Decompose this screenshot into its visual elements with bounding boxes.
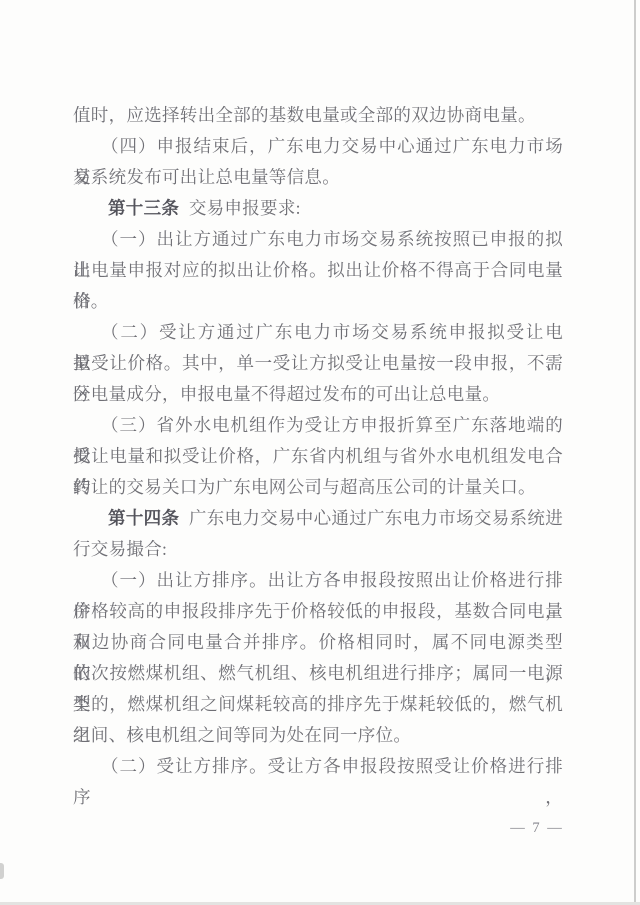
document-page: 值时，应选择转出全部的基数电量或全部的双边协商电量。 （四）申报结束后，广东电力… bbox=[0, 0, 640, 905]
article-heading: 第十四条广东电力交易中心通过广东电力市场交易系统进 bbox=[73, 503, 563, 534]
text-line: （三）省外水电机组作为受让方申报折算至广东落地端的拟 bbox=[73, 410, 563, 441]
text-line: 双边协商合同电量合并排序。价格相同时，属不同电源类型的， bbox=[73, 627, 563, 658]
article-title: 交易申报要求: bbox=[189, 198, 301, 218]
text-line: 价格较高的申报段排序先于价格较低的申报段，基数合同电量和 bbox=[73, 596, 563, 627]
text-line: 行交易撮合: bbox=[73, 534, 563, 565]
text-line: （一）出让方排序。出让方各申报段按照出让价格进行排序， bbox=[73, 565, 563, 596]
text-line: 型的，燃煤机组之间煤耗较高的排序先于煤耗较低的，燃气机组 bbox=[73, 689, 563, 720]
text-line: 让电量申报对应的拟出让价格。拟出让价格不得高于合同电量价 bbox=[73, 255, 563, 286]
text-line: 值时，应选择转出全部的基数电量或全部的双边协商电量。 bbox=[73, 100, 563, 131]
scan-artifact bbox=[0, 863, 4, 879]
text-line: （二）受让方通过广东电力市场交易系统申报拟受让电量、 bbox=[73, 317, 563, 348]
text-line: 依次按燃煤机组、燃气机组、核电机组进行排序；属同一电源类 bbox=[73, 658, 563, 689]
text-line: 拟受让价格。其中，单一受让方拟受让电量按一段申报，不需区 bbox=[73, 348, 563, 379]
text-line: 受让电量和拟受让价格，广东省内机组与省外水电机组发电合约 bbox=[73, 441, 563, 472]
scan-edge-line bbox=[634, 0, 636, 905]
page-number: — 7 — bbox=[492, 820, 582, 837]
document-body: 值时，应选择转出全部的基数电量或全部的双边协商电量。 （四）申报结束后，广东电力… bbox=[73, 100, 563, 782]
text-line: （四）申报结束后，广东电力交易中心通过广东电力市场交 bbox=[73, 131, 563, 162]
text-line: 分电量成分，申报电量不得超过发布的可出让总电量。 bbox=[73, 379, 563, 410]
text-line: （一）出让方通过广东电力市场交易系统按照已申报的拟出 bbox=[73, 224, 563, 255]
text-line: 之间、核电机组之间等同为处在同一序位。 bbox=[73, 720, 563, 751]
article-heading: 第十三条交易申报要求: bbox=[73, 193, 563, 224]
text-line: 格。 bbox=[73, 286, 563, 317]
text-line: （二）受让方排序。受让方各申报段按照受让价格进行排序， bbox=[73, 751, 563, 782]
article-number: 第十四条 bbox=[108, 508, 179, 528]
text-line: 易系统发布可出让总电量等信息。 bbox=[73, 162, 563, 193]
article-number: 第十三条 bbox=[108, 198, 179, 218]
article-title: 广东电力交易中心通过广东电力市场交易系统进 bbox=[189, 508, 563, 528]
text-line: 转让的交易关口为广东电网公司与超高压公司的计量关口。 bbox=[73, 472, 563, 503]
